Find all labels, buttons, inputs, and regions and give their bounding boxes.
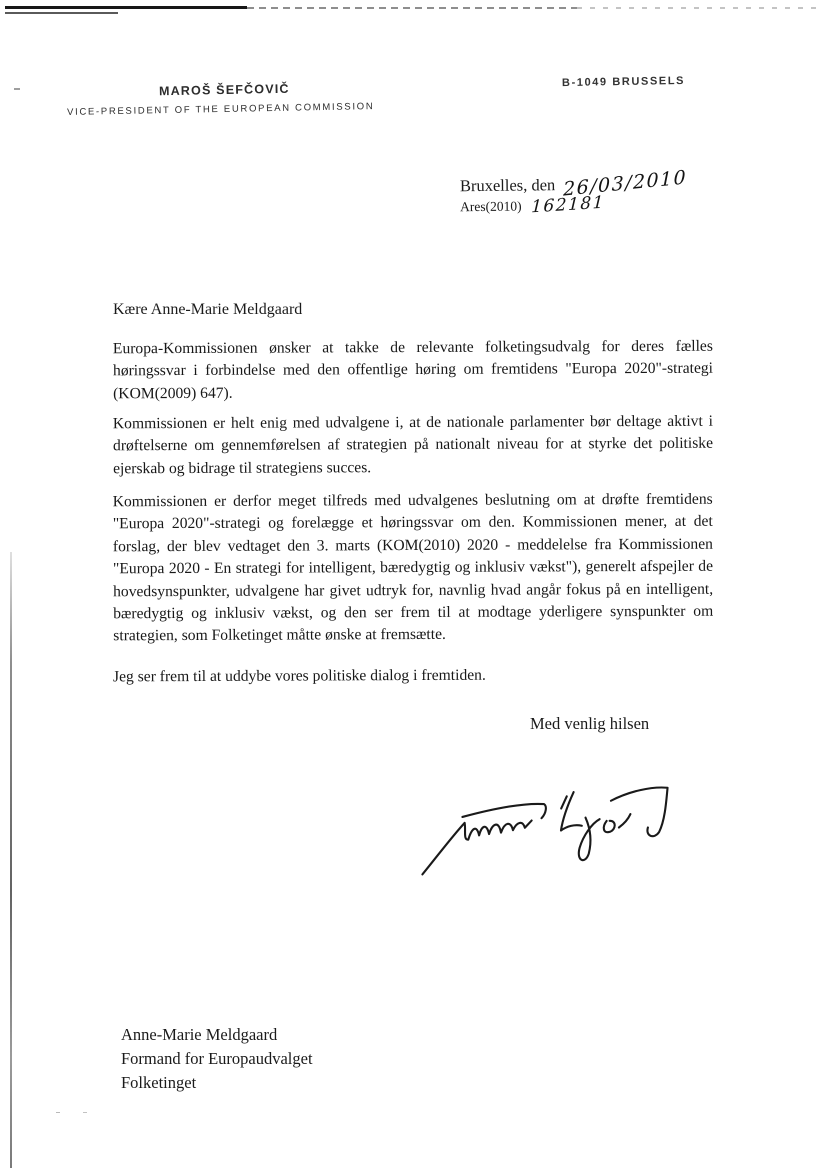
scan-speck [56,1112,60,1113]
dateline-place-label: Bruxelles, den [460,175,556,195]
paragraph-4: Jeg ser frem til at uddybe vores politis… [113,664,733,689]
scanned-letter-page: MAROŠ ŠEFČOVIČ VICE-PRESIDENT OF THE EUR… [0,0,826,1168]
handwritten-ref-number: 162181 [531,193,606,218]
paragraph-2: Kommissionen er helt enig med udvalgene … [113,411,713,481]
salutation: Kære Anne-Marie Meldgaard [113,301,302,319]
scan-artifact-left-line [10,552,12,1168]
paragraph-3: Kommissionen er derfor meget tilfreds me… [113,489,714,648]
scan-artifact-top-dashes-faint [577,7,819,9]
sender-name: MAROŠ ŠEFČOVIČ [159,82,290,99]
closing-salutation: Med venlig hilsen [530,714,649,734]
scan-speck [83,1112,87,1113]
dateline-block: Bruxelles, den 26/03/2010 Ares(2010) 162… [460,172,688,216]
paragraph-1: Europa-Kommissionen ønsker at takke de r… [113,336,713,406]
sender-role: VICE-PRESIDENT OF THE EUROPEAN COMMISSIO… [67,101,375,118]
recipient-title: Formand for Europaudvalget [121,1047,313,1071]
scan-speck [14,88,20,90]
sender-address: B-1049 BRUSSELS [562,75,685,89]
scan-artifact-top-line [5,6,247,9]
scan-artifact-top-short-line [5,12,118,14]
recipient-name: Anne-Marie Meldgaard [121,1023,313,1047]
scan-artifact-top-dashes [247,7,577,9]
handwritten-signature [411,775,682,887]
recipient-block: Anne-Marie Meldgaard Formand for Europau… [121,1023,313,1095]
ares-reference-label: Ares(2010) [460,199,522,215]
recipient-institution: Folketinget [121,1071,313,1095]
